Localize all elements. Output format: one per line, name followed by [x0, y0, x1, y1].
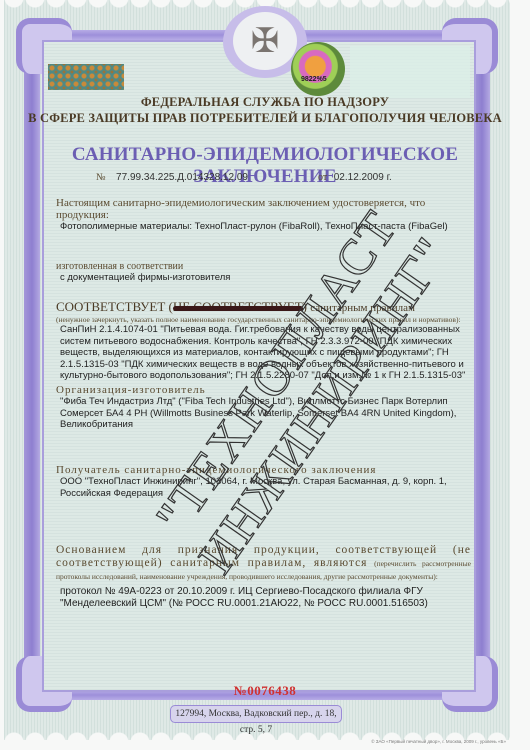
document-number-row: № 77.99.34.225.Д.014328.12.09	[96, 172, 248, 183]
conformity-suffix: санитарным правилам	[310, 302, 415, 314]
conformity-label: СООТВЕТСТВУЕТ	[56, 299, 165, 314]
basis-section: Основанием для признания продукции, соот…	[56, 544, 471, 609]
manufactured-value: с документацией фирмы-изготовителя	[56, 272, 471, 284]
manufacturer-value: "Фиба Теч Индастриз Лтд" ("Fiba Tech Ind…	[56, 396, 471, 431]
recipient-section: Получатель санитарно-эпидемиологического…	[56, 464, 471, 499]
document-title: САНИТАРНО-ЭПИДЕМИОЛОГИЧЕСКОЕ ЗАКЛЮЧЕНИЕ	[0, 144, 530, 188]
product-value: Фотополимерные материалы: ТехноПласт-рул…	[56, 221, 471, 233]
hologram-icon: 9822%5	[291, 42, 345, 96]
document-date: 02.12.2009 г.	[334, 172, 392, 183]
conformity-value: СанПиН 2.1.4.1074-01 "Питьевая вода. Гиг…	[56, 324, 471, 382]
manufacturer-label: Организация-изготовитель	[56, 384, 471, 396]
serial-number: №0076438	[0, 683, 530, 699]
struck-not-conform: (НЕ СООТВЕТСТВУЕТ)	[169, 299, 308, 314]
agency-line-2: В СФЕРЕ ЗАЩИТЫ ПРАВ ПОТРЕБИТЕЛЕЙ И БЛАГО…	[0, 111, 530, 126]
border-band-right	[474, 40, 490, 700]
product-section: Настоящим санитарно-эпидемиологическим з…	[56, 197, 471, 233]
product-intro: Настоящим санитарно-эпидемиологическим з…	[56, 197, 471, 221]
recipient-value: ООО "ТехноПласт Инжиниринг", 103064, г. …	[56, 476, 471, 499]
printer-imprint: © ЗАО «Первый печатный двор», г. Москва,…	[371, 739, 506, 744]
conformity-note: (ненужное зачеркнуть, указать полное наи…	[56, 315, 471, 324]
agency-line-1: ФЕДЕРАЛЬНАЯ СЛУЖБА ПО НАДЗОРУ	[0, 95, 530, 110]
conformity-section: СООТВЕТСТВУЕТ (НЕ СООТВЕТСТВУЕТ) санитар…	[56, 299, 471, 382]
document-date-row: от 02.12.2009 г.	[318, 172, 392, 183]
number-label: №	[96, 172, 106, 183]
date-label: от	[318, 172, 327, 183]
recipient-label: Получатель санитарно-эпидемиологического…	[56, 464, 471, 476]
security-stamp-icon	[48, 64, 124, 90]
manufacturer-section: Организация-изготовитель "Фиба Теч Индас…	[56, 384, 471, 431]
printer-address: 127994, Москва, Вадковский пер., д. 18, …	[170, 705, 342, 723]
document-number: 77.99.34.225.Д.014328.12.09	[116, 172, 248, 183]
watermark-area	[350, 46, 470, 98]
coat-of-arms-icon: ✠	[233, 12, 297, 70]
manufactured-label: изготовленная в соответствии	[56, 262, 471, 272]
hologram-code: 9822%5	[301, 76, 327, 83]
manufactured-section: изготовленная в соответствии с документа…	[56, 262, 471, 284]
basis-value: протокол № 49А-0223 от 20.10.2009 г. ИЦ …	[56, 586, 471, 609]
border-band-left	[24, 40, 40, 700]
